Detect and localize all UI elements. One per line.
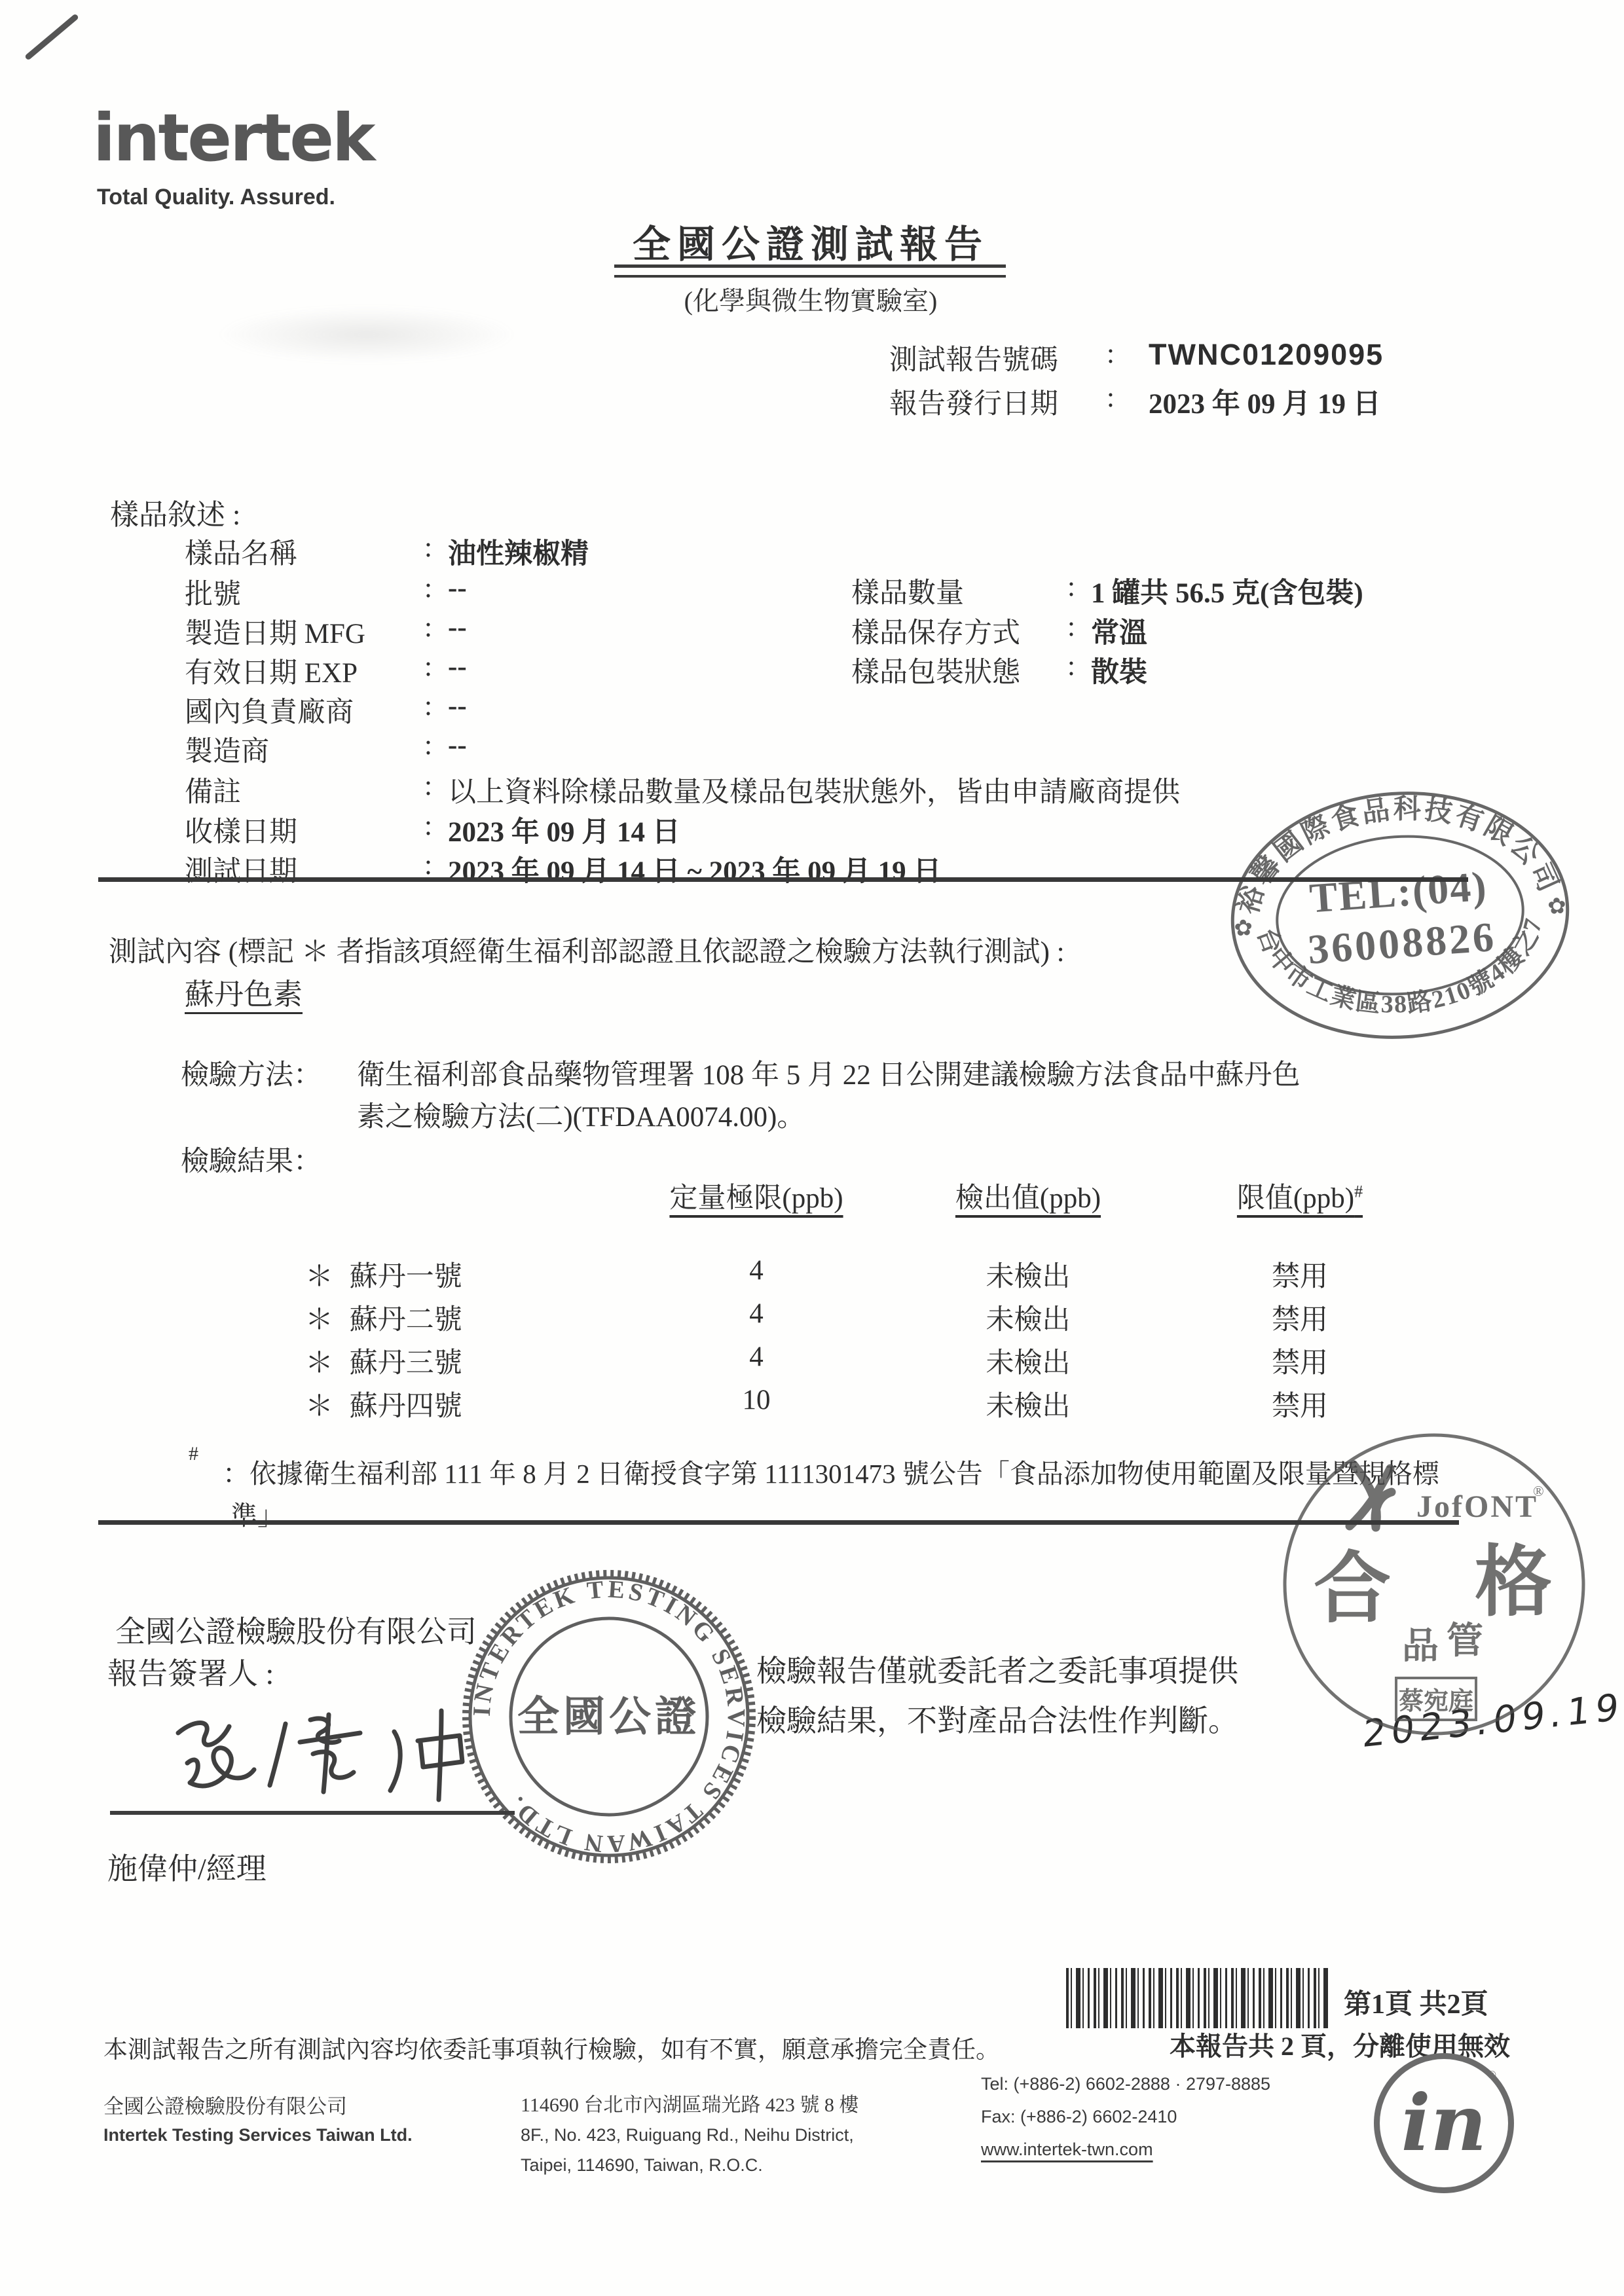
qc-inspector-name-stamp: 蔡宛庭 <box>1399 1688 1473 1715</box>
qc-brand-text: JofONT <box>1416 1489 1538 1524</box>
detected-value: 未檢出 <box>933 1298 1123 1338</box>
registered-mark: ® <box>1533 1483 1544 1499</box>
table-row: ＊ 蘇丹四號 <box>305 1384 462 1424</box>
disclaimer-line2: 檢驗結果，不對產品合法性作判斷。 <box>756 1697 1238 1740</box>
colon: : <box>424 810 448 850</box>
certified-mark: ＊ <box>305 1262 333 1292</box>
page-subtitle: (化學與微生物實驗室) <box>616 280 1006 318</box>
sample-row-mfg: 製造日期 MFG : -- <box>185 611 467 651</box>
report-page: intertek Total Quality. Assured. 全國公證測試報… <box>0 0 1624 2296</box>
qc-dept-char-right: 管 <box>1447 1621 1483 1662</box>
qc-pass-stamp: JofONT ® 合 格 品 管 蔡宛庭 <box>1280 1430 1588 1738</box>
field-value: 2023 年 09 月 14 日 ~ 2023 年 09 月 19 日 <box>448 849 941 889</box>
handwritten-signature <box>164 1686 504 1823</box>
sample-row-remark: 備註 : 以上資料除樣品數量及樣品包裝狀態外，皆由申請廠商提供 <box>185 770 1180 810</box>
sample-row-name: 樣品名稱 : 油性辣椒精 <box>185 532 589 572</box>
disclaimer-line1: 檢驗報告僅就委託者之委託事項提供 <box>756 1647 1238 1690</box>
signer-name-title: 施偉仲/經理 <box>107 1845 267 1888</box>
issue-date-label: 報告發行日期 <box>889 382 1107 422</box>
table-row: ＊ 蘇丹二號 <box>305 1298 462 1338</box>
issue-date-row: 報告發行日期 : 2023 年 09 月 19 日 <box>889 382 1381 422</box>
oval-stamp-phone: 36008826 <box>1306 913 1498 973</box>
limit-value: 禁用 <box>1218 1384 1382 1424</box>
footer-website-link: www.intertek-twn.com <box>981 2140 1153 2160</box>
footer-company-zh: 全國公證檢驗股份有限公司 <box>103 2090 347 2119</box>
analyte-name: 蘇丹二號 <box>350 1305 462 1336</box>
sample-row-domestic-vendor: 國內負責廠商 : -- <box>185 690 467 730</box>
sample-row-received-date: 收樣日期 : 2023 年 09 月 14 日 <box>185 810 680 850</box>
method-line2: 素之檢驗方法(二)(TFDAA0074.00)。 <box>357 1095 805 1135</box>
jofont-logo-icon <box>1350 1465 1392 1527</box>
colon: : <box>1067 611 1091 651</box>
field-value: 常溫 <box>1091 611 1147 651</box>
field-label: 測試日期 <box>185 849 424 889</box>
loq-value: 4 <box>645 1341 868 1373</box>
field-value: 以上資料除樣品數量及樣品包裝狀態外，皆由申請廠商提供 <box>448 770 1180 810</box>
analyte-name: 蘇丹四號 <box>350 1391 462 1422</box>
colon: : <box>1107 382 1149 422</box>
certified-mark: ＊ <box>305 1391 333 1422</box>
qc-pass-char-left: 合 <box>1314 1546 1391 1632</box>
intertek-logo: intertek <box>93 100 374 176</box>
page-info: 第1頁 共2頁 <box>1344 1982 1488 2022</box>
field-value: -- <box>448 572 467 612</box>
colon: : <box>424 532 448 572</box>
table-row: ＊ 蘇丹三號 <box>305 1341 462 1381</box>
footnote-line1: ：依據衛生福利部 111 年 8 月 2 日衛授食字第 1111301473 號… <box>223 1452 1439 1491</box>
field-value: 散裝 <box>1091 650 1147 690</box>
sample-section-title: 樣品敘述 : <box>110 491 240 533</box>
limit-footnote-sup: # <box>1354 1182 1363 1201</box>
field-value: -- <box>448 690 467 730</box>
field-label: 國內負責廠商 <box>185 690 424 730</box>
field-label: 收樣日期 <box>185 810 424 850</box>
field-value: 油性辣椒精 <box>448 532 589 572</box>
field-label: 備註 <box>185 770 424 810</box>
method-label: 檢驗方法： <box>181 1053 322 1093</box>
colon: : <box>424 611 448 651</box>
footer-fax: Fax: (+886-2) 6602-2410 <box>981 2107 1177 2127</box>
field-value: -- <box>448 611 467 651</box>
footer-address-en1: 8F., No. 423, Ruiguang Rd., Neihu Distri… <box>521 2125 854 2145</box>
flower-icon: ✿ <box>1547 894 1567 919</box>
table-header-loq: 定量極限(ppb) <box>645 1176 868 1216</box>
field-label: 樣品包裝狀態 <box>851 650 1067 690</box>
detected-value: 未檢出 <box>933 1254 1123 1294</box>
signing-company: 全國公證檢驗股份有限公司 <box>115 1608 477 1651</box>
analyte-name: 蘇丹三號 <box>350 1348 462 1379</box>
test-content-heading: 測試內容 (標記 ＊ 者指該項經衛生福利部認證且依認證之檢驗方法執行測試) : <box>109 930 1065 970</box>
pen-corner-mark <box>24 13 79 60</box>
field-label: 製造商 <box>185 729 424 769</box>
barcode <box>1066 1968 1329 2028</box>
analyte-name: 蘇丹一號 <box>350 1262 462 1292</box>
colon: : <box>1107 338 1149 378</box>
footer-address-en2: Taipei, 114690, Taiwan, R.O.C. <box>521 2155 763 2176</box>
colon: : <box>424 770 448 810</box>
sample-row-exp: 有效日期 EXP : -- <box>185 651 467 691</box>
loq-value: 4 <box>645 1254 868 1286</box>
report-number-row: 測試報告號碼 : TWNC01209095 <box>889 338 1384 378</box>
method-line1: 衛生福利部食品藥物管理署 108 年 5 月 22 日公開建議檢驗方法食品中蘇丹… <box>357 1053 1301 1093</box>
scan-smudge <box>216 306 517 363</box>
colon: : <box>424 729 448 769</box>
field-label: 有效日期 EXP <box>185 651 424 691</box>
section-divider-bottom <box>98 1520 1459 1525</box>
sample-row-quantity: 樣品數量 : 1 罐共 56.5 克(含包裝) <box>851 571 1363 611</box>
footnote-line2: 準」 <box>231 1494 284 1533</box>
test-item-title: 蘇丹色素 <box>185 970 303 1013</box>
field-label: 批號 <box>185 572 424 612</box>
limit-value: 禁用 <box>1218 1298 1382 1338</box>
colon: : <box>424 651 448 691</box>
detected-value: 未檢出 <box>933 1341 1123 1381</box>
report-number-value: TWNC01209095 <box>1149 338 1384 378</box>
applicant-oval-stamp: 裕馨國際食品科技有限公司 台中市工業區38路210號4樓之7 TEL:(04) … <box>1215 773 1586 1059</box>
result-label: 檢驗結果： <box>181 1139 322 1179</box>
table-header-detected: 檢出值(ppb) <box>933 1176 1123 1216</box>
field-label: 樣品名稱 <box>185 532 424 572</box>
title-underline <box>614 264 1006 278</box>
colon: : <box>1067 650 1091 690</box>
field-value: 1 罐共 56.5 克(含包裝) <box>1091 571 1363 611</box>
detected-value: 未檢出 <box>933 1384 1123 1424</box>
sample-row-storage: 樣品保存方式 : 常溫 <box>851 611 1147 651</box>
brand-tagline: Total Quality. Assured. <box>97 185 335 210</box>
registered-mark: ® <box>1487 2068 1496 2082</box>
certified-mark: ＊ <box>305 1348 333 1379</box>
signature-line <box>110 1811 515 1815</box>
footer-company-en: Intertek Testing Services Taiwan Ltd. <box>103 2125 413 2145</box>
intertek-in-logo: in ® <box>1374 2053 1514 2193</box>
sample-row-manufacturer: 製造商 : -- <box>185 729 467 769</box>
page-title: 全國公證測試報告 <box>616 213 1006 268</box>
field-value: -- <box>448 651 467 691</box>
field-value: -- <box>448 729 467 769</box>
footer-address-zh: 114690 台北市內湖區瑞光路 423 號 8 樓 <box>521 2088 858 2117</box>
table-header-limit: 限值(ppb)# <box>1218 1176 1382 1216</box>
report-number-label: 測試報告號碼 <box>889 338 1107 378</box>
issue-date-value: 2023 年 09 月 19 日 <box>1149 382 1381 422</box>
section-divider-top <box>98 877 1468 882</box>
limit-value: 禁用 <box>1218 1254 1382 1294</box>
qc-dept-char-left: 品 <box>1402 1626 1439 1667</box>
qc-pass-char-right: 格 <box>1475 1540 1552 1626</box>
limit-value: 禁用 <box>1218 1341 1382 1381</box>
field-label: 製造日期 MFG <box>185 611 424 651</box>
stamp-center-text: 全國公證 <box>517 1694 701 1740</box>
colon: : <box>1067 571 1091 611</box>
oval-stamp-tel: TEL:(04) <box>1308 863 1488 922</box>
company-round-stamp: INTERTEK TESTING SERVICES TAIWAN LTD. 全國… <box>458 1566 760 1867</box>
field-label: 樣品保存方式 <box>851 611 1067 651</box>
certified-mark: ＊ <box>305 1305 333 1336</box>
loq-value: 4 <box>645 1298 868 1330</box>
sample-row-test-date: 測試日期 : 2023 年 09 月 14 日 ~ 2023 年 09 月 19… <box>185 849 941 889</box>
in-logo-letters: in <box>1401 2085 1487 2162</box>
loq-value: 10 <box>645 1384 868 1416</box>
sample-row-packing: 樣品包裝狀態 : 散裝 <box>851 650 1147 690</box>
footnote-mark: # <box>189 1443 198 1465</box>
colon: : <box>424 849 448 889</box>
field-label: 樣品數量 <box>851 571 1067 611</box>
footer-tel: Tel: (+886-2) 6602-2888 · 2797-8885 <box>981 2074 1270 2094</box>
table-header-limit-text: 限值(ppb) <box>1237 1183 1354 1214</box>
sample-row-batch: 批號 : -- <box>185 572 467 612</box>
flower-icon: ✿ <box>1233 916 1253 941</box>
table-row: ＊ 蘇丹一號 <box>305 1254 462 1294</box>
field-value: 2023 年 09 月 14 日 <box>448 810 680 850</box>
responsibility-note: 本測試報告之所有測試內容均依委託事項執行檢驗，如有不實，願意承擔完全責任。 <box>103 2030 1000 2065</box>
colon: : <box>424 690 448 730</box>
colon: : <box>424 572 448 612</box>
